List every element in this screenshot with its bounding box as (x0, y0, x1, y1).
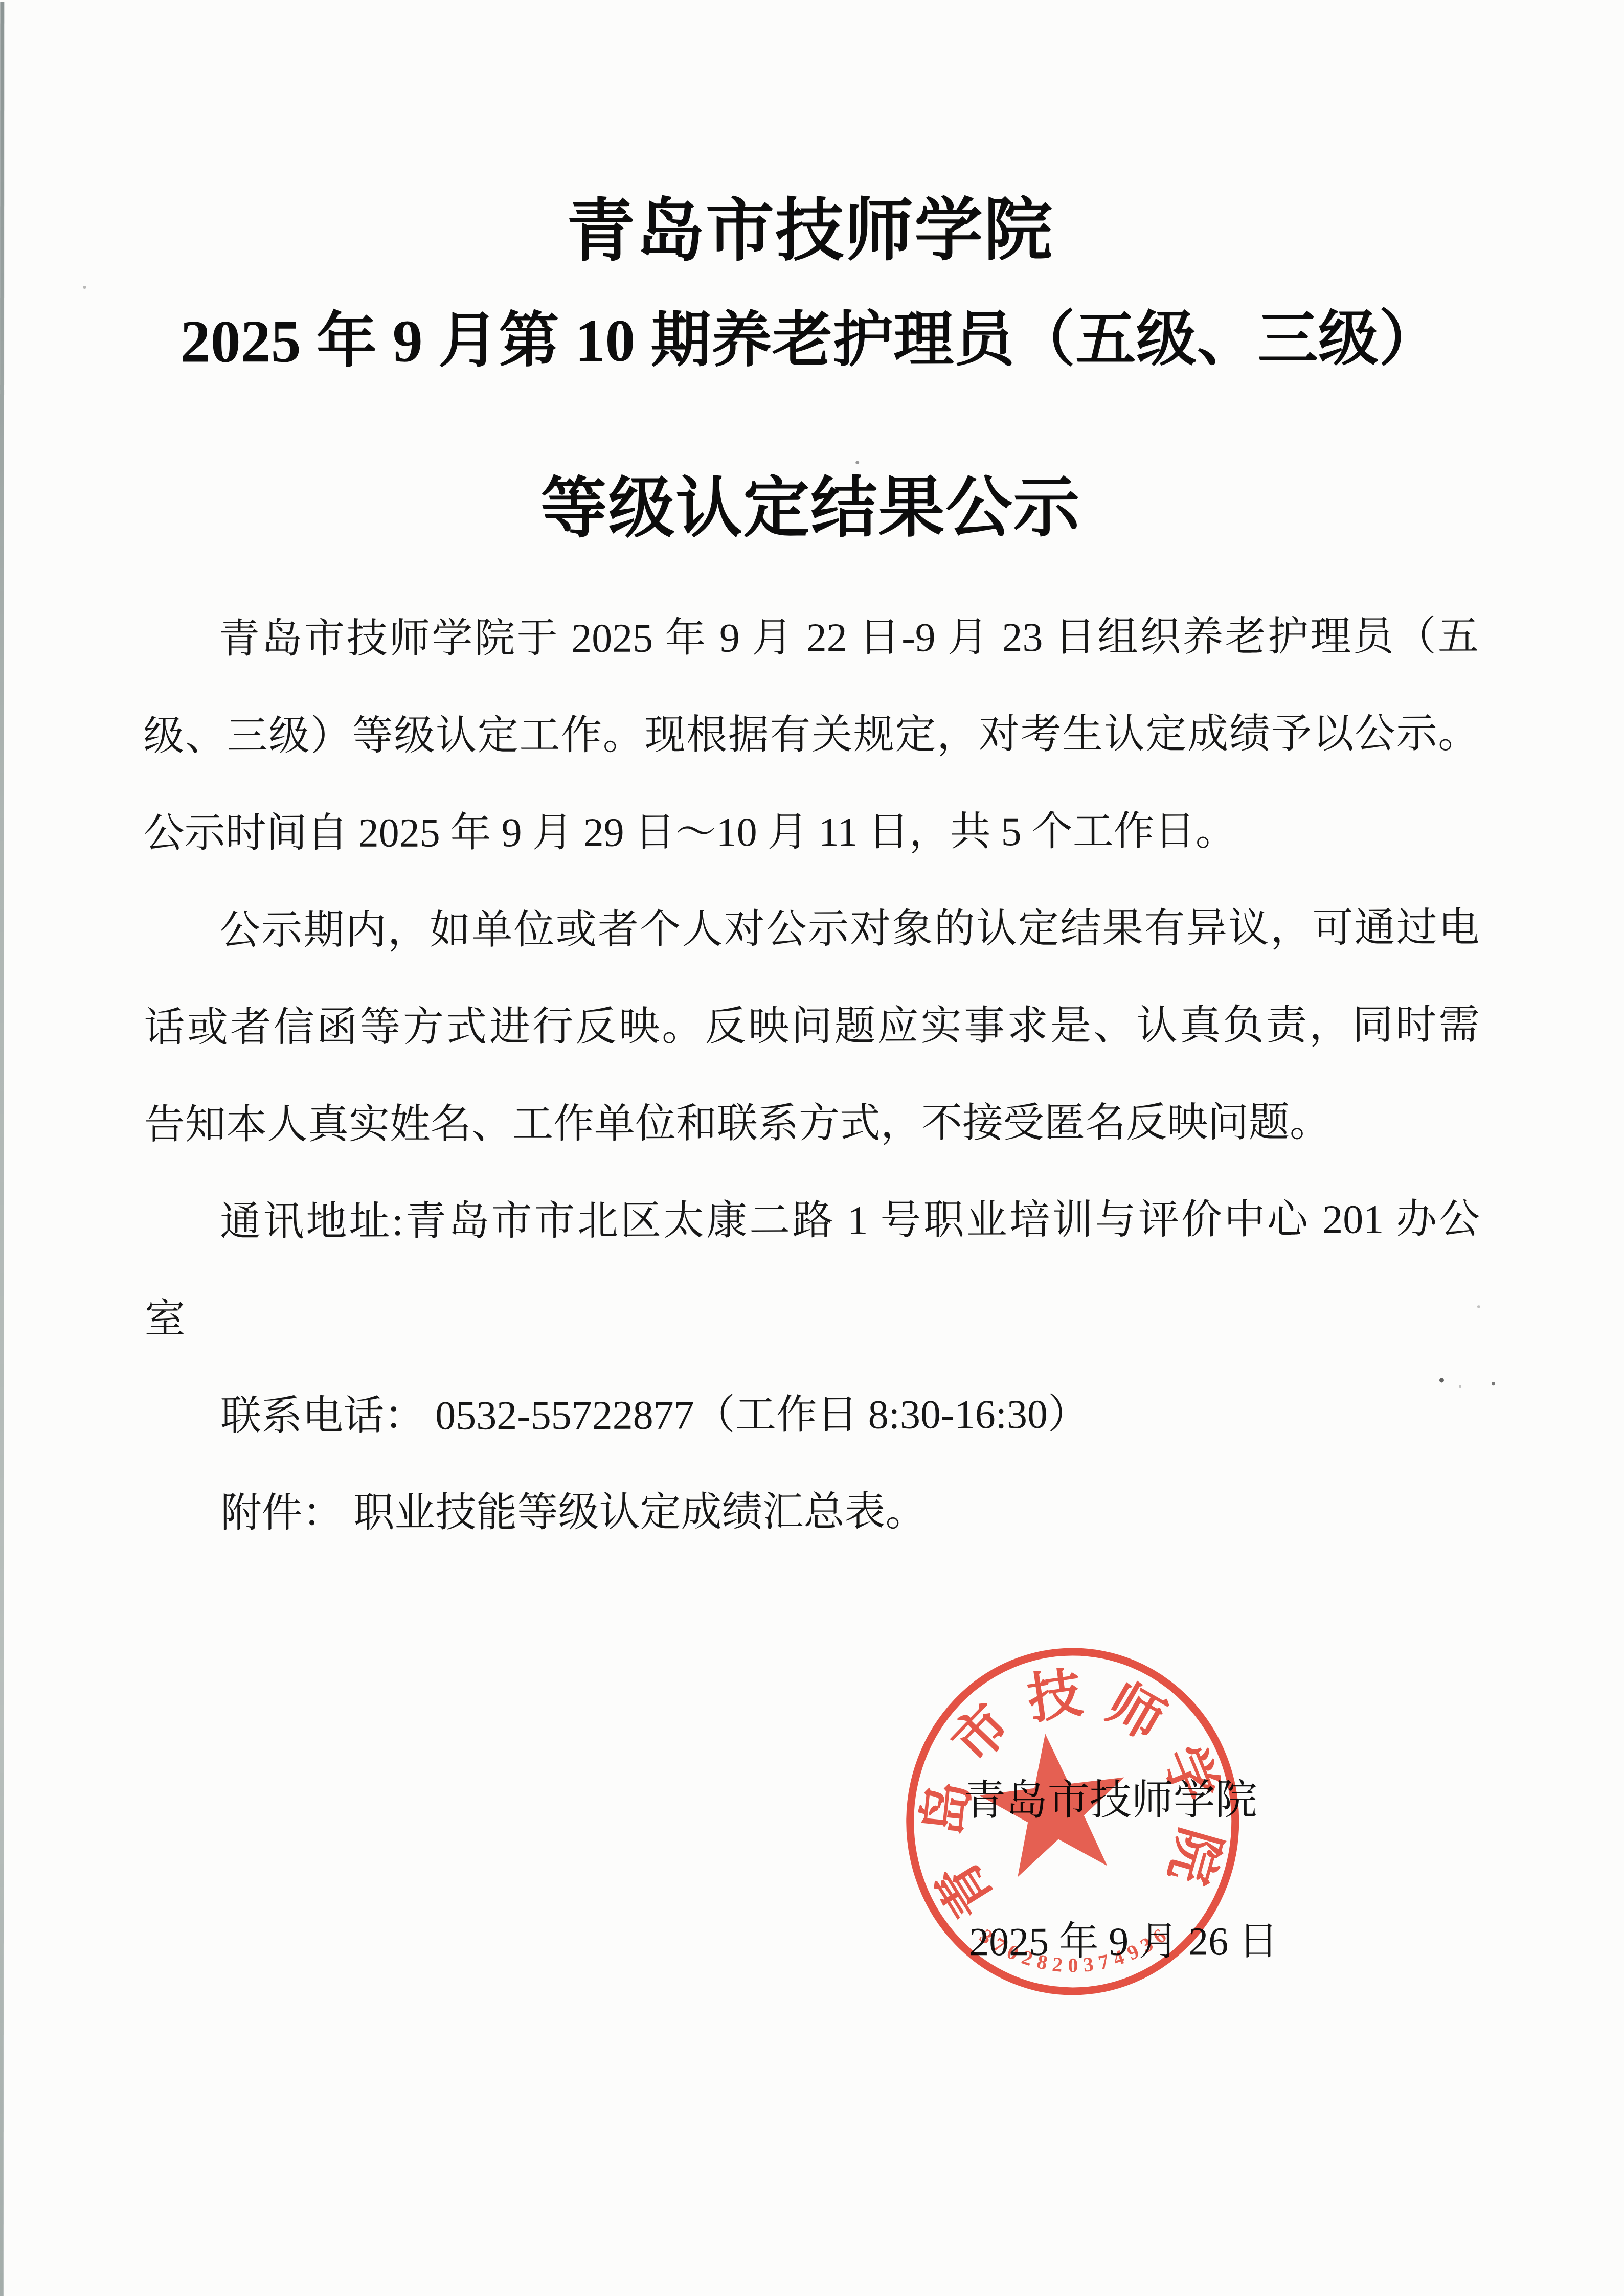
scan-speck (855, 461, 859, 464)
svg-text:7: 7 (1096, 1949, 1111, 1974)
official-seal: 青岛市技师学院 3702820374936 (892, 1633, 1254, 2014)
document-title-org: 青岛市技师学院 (0, 195, 1622, 267)
scan-speck (1477, 1305, 1480, 1308)
svg-text:3: 3 (1082, 1952, 1095, 1976)
svg-text:岛: 岛 (914, 1779, 979, 1838)
scan-speck (1459, 1385, 1461, 1388)
svg-text:2: 2 (1019, 1945, 1036, 1970)
svg-text:0: 0 (1068, 1953, 1078, 1976)
svg-text:技: 技 (1024, 1663, 1086, 1730)
paragraph1-line3: 公示时间自 2025 年 9 月 29 日～10 月 11 日，共 5 个工作日… (144, 810, 1479, 854)
paragraph1-line2: 级、三级）等级认定工作。现根据有关规定，对考生认定成绩予以公示。 (143, 713, 1479, 757)
address-line1: 通讯地址:青岛市市北区太康二路 1 号职业培训与评价中心 201 办公 (144, 1199, 1480, 1242)
scan-edge-artifact (0, 2, 4, 2296)
paragraph2-line3: 告知本人真实姓名、工作单位和联系方式，不接受匿名反映问题。 (144, 1102, 1480, 1145)
scan-speck (83, 286, 86, 289)
document-title-session: 2025 年 9 月第 10 期养老护理员（五级、三级） (181, 309, 1439, 372)
svg-text:院: 院 (1158, 1822, 1231, 1891)
scanned-sheet: 青岛市技师学院 2025 年 9 月第 10 期养老护理员（五级、三级） 等级认… (0, 0, 1624, 2296)
paragraph2-line2: 话或者信函等方式进行反映。反映问题应实事求是、认真负责，同时需 (144, 1005, 1479, 1048)
scan-speck (1492, 1382, 1495, 1385)
paragraph2-line1: 公示期内，如单位或者个人对公示对象的认定结果有异议，可通过电 (144, 907, 1479, 951)
svg-text:4: 4 (1110, 1945, 1127, 1970)
scan-speck (1439, 1378, 1444, 1382)
attachment-line: 附件： 职业技能等级认定成绩汇总表。 (145, 1490, 1480, 1534)
document-title-subject: 等级认定结果公示 (0, 474, 1623, 544)
phone-line: 联系电话： 0532-55722877（工作日 8:30-16:30） (145, 1393, 1480, 1437)
svg-text:8: 8 (1035, 1949, 1050, 1974)
seal-code-digits: 3702820374936 (976, 1924, 1170, 1977)
document-page: 青岛市技师学院 2025 年 9 月第 10 期养老护理员（五级、三级） 等级认… (0, 0, 1624, 2296)
svg-text:0: 0 (1004, 1940, 1023, 1965)
address-line2: 室 (145, 1296, 1480, 1339)
svg-text:2: 2 (1051, 1952, 1064, 1976)
paragraph1-line1: 青岛市技师学院于 2025 年 9 月 22 日-9 月 23 日组织养老护理员… (143, 616, 1479, 660)
